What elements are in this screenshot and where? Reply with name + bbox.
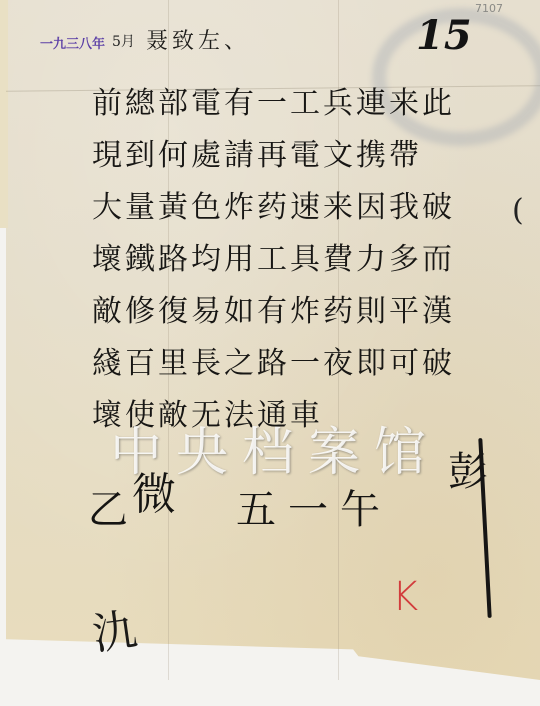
- paper-edge-strip: [0, 0, 8, 228]
- body-line: 現到何處請再電文携帶: [92, 130, 455, 182]
- body-line: 大量黃色炸药速来因我破: [92, 182, 455, 234]
- body-line: 前總部電有一工兵連来此: [92, 78, 455, 130]
- telegram-body: 前總部電有一工兵連来此 現到何處請再電文携帶 大量黃色炸药速来因我破 壞鐵路均用…: [92, 78, 455, 442]
- date-stamp-year: 一九三八年: [40, 33, 105, 52]
- body-line: 綫百里長之路一夜即可破: [92, 338, 455, 390]
- body-line: 敵修復易如有炸药則平漢: [92, 286, 455, 338]
- page-number: 15: [416, 12, 472, 59]
- pencil-archive-number: 7107: [475, 2, 503, 15]
- margin-bracket: (: [512, 193, 524, 228]
- signoff-date-code: 五一午: [236, 478, 392, 535]
- margin-handwritten-note: 氿: [88, 593, 140, 663]
- signoff-mark-a: 乙: [88, 478, 128, 535]
- archive-watermark: 中央档案馆: [110, 410, 440, 485]
- body-line: 壞鐵路均用工具費力多而: [92, 234, 455, 286]
- red-check-mark: K: [392, 574, 418, 620]
- date-month: 5月: [112, 31, 135, 51]
- addressee: 聂致左、: [146, 24, 250, 55]
